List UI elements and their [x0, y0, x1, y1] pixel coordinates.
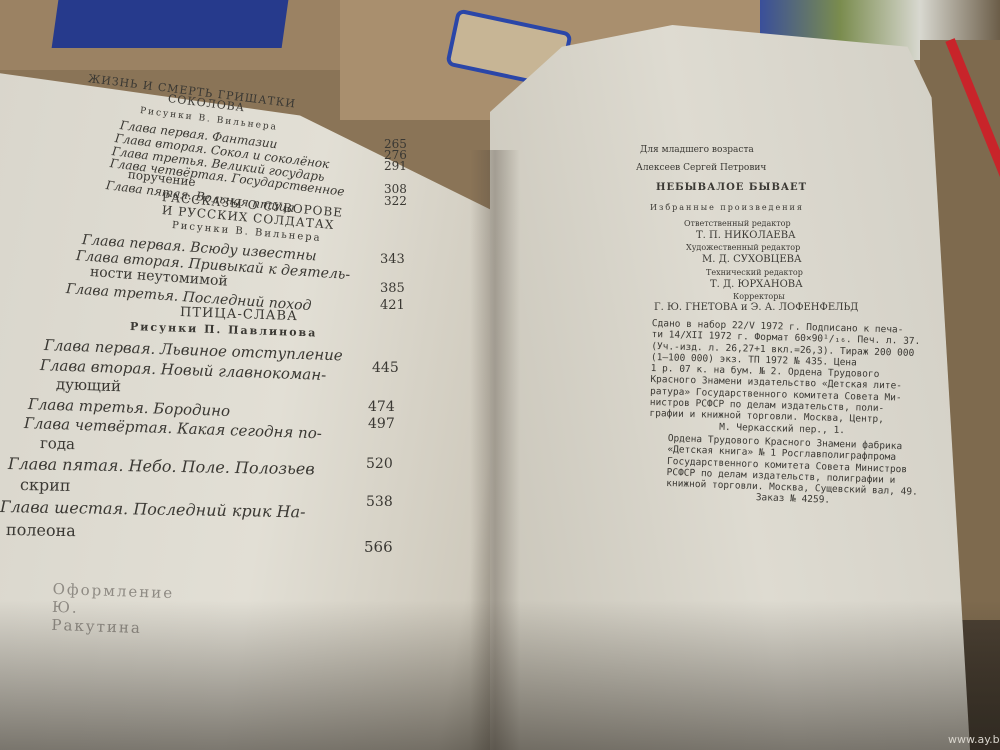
toc-entry-continuation: дующий [56, 375, 122, 395]
credit-role: Ответственный редактор [684, 219, 791, 228]
book-subtitle: Избранные произведения [650, 203, 804, 212]
page-number: 421 [380, 298, 405, 313]
author-name: Алексеев Сергей Петрович [636, 163, 766, 173]
page-number: 538 [366, 494, 393, 510]
credit-name: Т. Д. ЮРХАНОВА [710, 279, 803, 290]
page-number: 445 [372, 360, 399, 376]
page-number: 474 [368, 399, 395, 415]
credit-role: Корректоры [733, 292, 785, 301]
page-number: 520 [366, 456, 393, 472]
credit-name: Т. П. НИКОЛАЕВА [696, 230, 796, 241]
book-title: НЕБЫВАЛОЕ БЫВАЕТ [656, 182, 807, 193]
credit-name: Г. Ю. ГНЕТОВА и Э. А. ЛОФЕНФЕЛЬД [654, 302, 858, 313]
toc-entry-continuation: полеона [6, 520, 76, 540]
page-number: 343 [380, 252, 405, 267]
audience-label: Для младшего возраста [640, 145, 754, 155]
imprint-block: Сдано в набор 22/V 1972 г. Подписано к п… [649, 318, 921, 438]
bottom-shadow [0, 600, 1000, 750]
page-number: 566 [364, 538, 393, 556]
printer-block: Ордена Трудового Красного Знамени фабрик… [666, 433, 920, 510]
credit-role: Художественный редактор [686, 243, 800, 252]
page-number: 497 [368, 416, 395, 432]
page-number: 385 [380, 281, 405, 296]
watermark: www.ay.by [948, 733, 1000, 746]
page-number: 322 [384, 194, 407, 208]
page-number: 291 [384, 159, 407, 173]
blue-box-panel [52, 0, 289, 48]
credit-role: Технический редактор [706, 268, 803, 277]
toc-entry-continuation: скрип [20, 475, 71, 495]
toc-entry-continuation: года [40, 434, 76, 453]
credit-name: М. Д. СУХОВЦЕВА [702, 254, 802, 265]
